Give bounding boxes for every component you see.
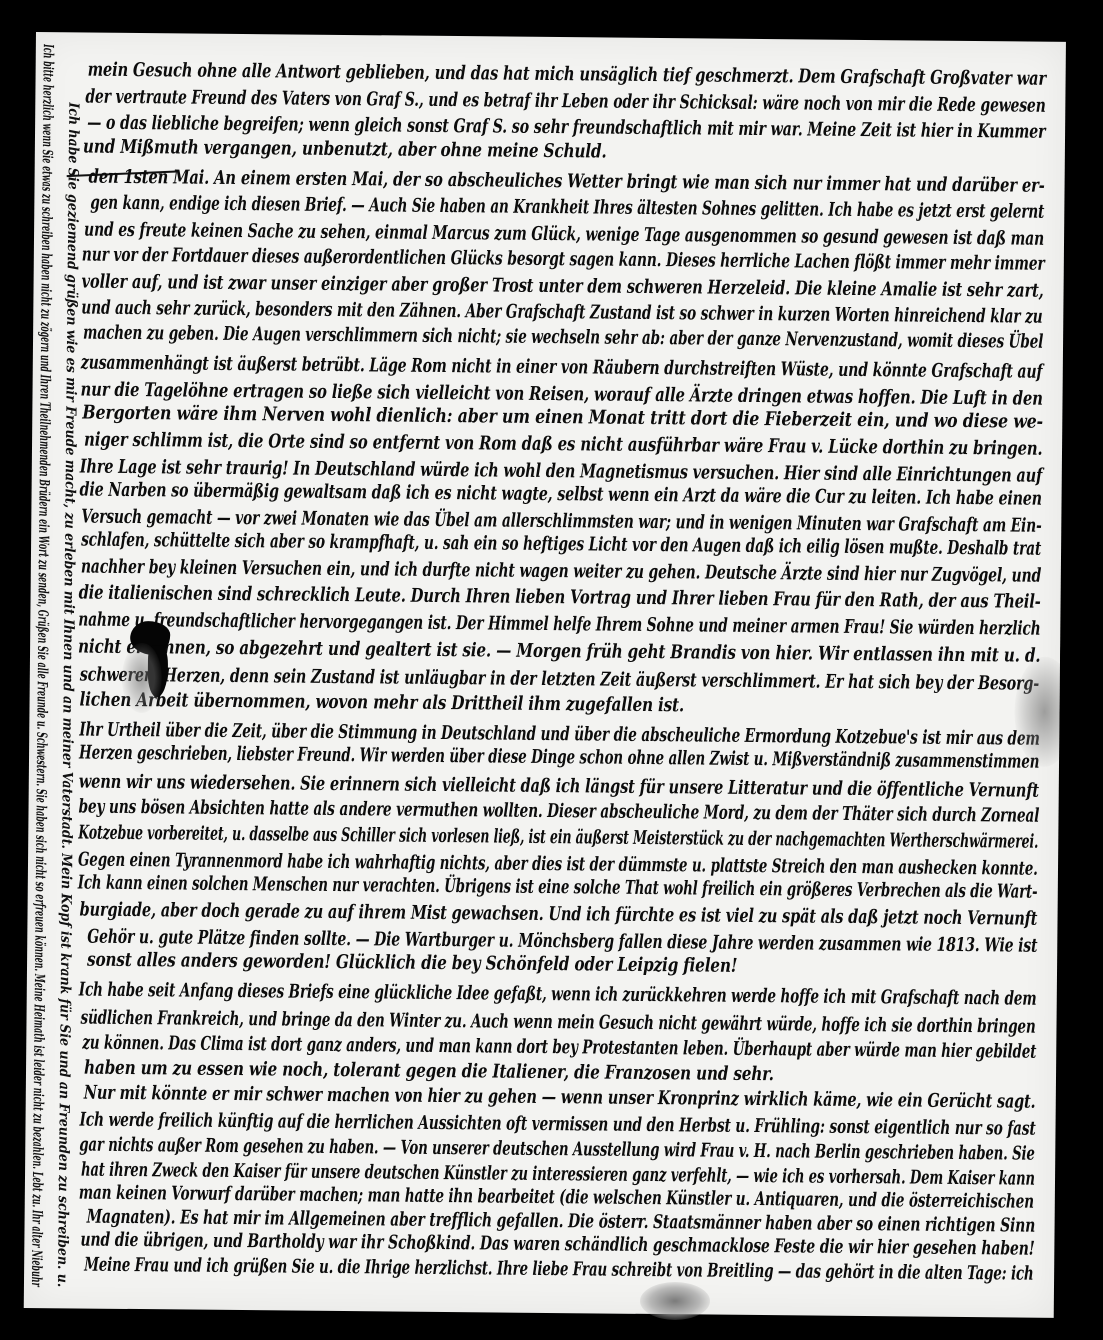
margin-note: Ich bitte herzlich wenn Sie etwas zu sch… — [28, 44, 56, 1287]
letter-line: nur vor der Fortdauer dieses außerordent… — [82, 246, 1045, 274]
margin-note: Ich habe Sie geziemend grüßen wie es mir… — [54, 102, 81, 1287]
letter-line: lichen Arbeit übernommen, wovon mehr als… — [79, 691, 684, 716]
letter-line: mein Gesuch ohne alle Antwort geblieben,… — [88, 61, 1047, 89]
letter-line: niger schlimm ist, die Orte sind so entf… — [84, 431, 1043, 459]
letter-line: Nur mit könnte er mir schwer machen von … — [84, 1084, 1036, 1112]
right-edge-tear — [1060, 610, 1072, 730]
letter-line: gen kann, endige ich diesen Brief. — Auc… — [90, 194, 1044, 222]
letter-line: nicht erkennen, so abgezehrt und gealter… — [78, 638, 1041, 666]
letter-line: zusammenhängt ist äußerst betrübt. Läge … — [81, 354, 1043, 382]
bottom-edge-tear — [640, 1282, 710, 1320]
letter-line: und Mißmuth vergangen, unbenutzt, aber o… — [83, 138, 607, 162]
letter-line: nahme u. freundschaftlicher hervorgegang… — [78, 611, 1040, 639]
letter-line: die italienischen sind schrecklich Leute… — [79, 584, 1041, 612]
letter-line: Meine Frau und ich grüßen Sie u. die Ihr… — [84, 1256, 1034, 1284]
letter-body: mein Gesuch ohne alle Antwort geblieben,… — [36, 32, 1066, 42]
letter-page: mein Gesuch ohne alle Antwort geblieben,… — [24, 32, 1066, 1318]
letter-line: Ich habe seit Anfang dieses Briefs eine … — [79, 981, 1037, 1009]
margin-notes: Ich bitte herzlich wenn Sie etwas zu sch… — [36, 32, 1066, 42]
letter-line: Kotzebue vorbereitet, u. dasselbe aus Sc… — [78, 824, 1038, 852]
letter-line: haben um zu essen wie noch, tolerant geg… — [84, 1059, 774, 1085]
letter-line: burgiade, aber doch gerade zu auf ihrem … — [79, 901, 1037, 929]
letter-line: machen zu geben. Die Augen verschlimmern… — [83, 324, 1043, 352]
letter-line: sonst alles anders geworden! Glücklich d… — [87, 951, 737, 976]
